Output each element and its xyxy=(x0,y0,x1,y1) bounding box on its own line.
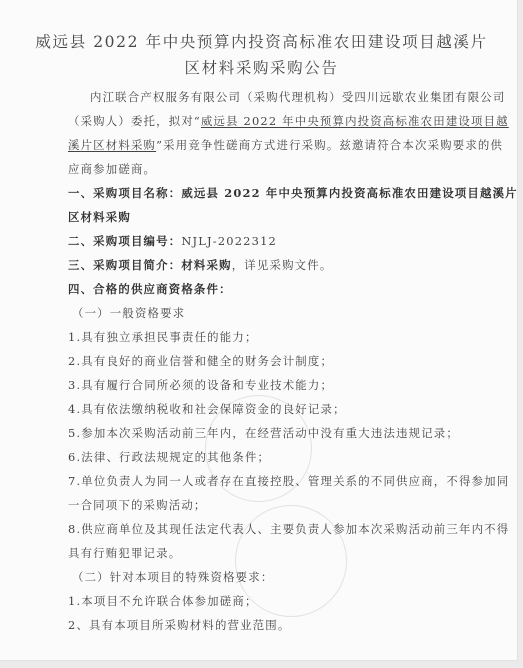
section-4-label: 四、合格的供应商资格条件： xyxy=(68,281,232,297)
project-number: NJLJ-2022312 xyxy=(181,234,277,248)
special-requirement-item: 1.本项目不允许联合体参加磋商； xyxy=(68,593,258,609)
requirement-item: 5.参加本次采购活动前三年内，在经营活动中没有重大违法违规记录； xyxy=(68,425,459,441)
section-3: 三、采购项目简介：材料采购，详见采购文件。 xyxy=(68,257,332,273)
section-2-label: 二、采购项目编号： xyxy=(68,234,181,248)
requirement-item: 4.具有依法缴纳税收和社会保障资金的良好记录； xyxy=(68,401,346,417)
requirement-item: 2.具有良好的商业信誉和健全的财务会计制度； xyxy=(68,353,333,369)
document-page: 威远县 2022 年中央预算内投资高标准农田建设项目越溪片 区材料采购采购公告 … xyxy=(0,0,518,661)
special-requirements-heading: （二）针对本项目的特殊资格要求： xyxy=(72,569,273,585)
section-1-value: 威远县 2022 年中央预算内投资高标准农田建设项目越溪片 xyxy=(181,186,517,200)
special-requirement-item: 2、具有本项目所采购材料的营业范围。 xyxy=(68,617,291,633)
intro-line-3: 溪片区材料采购”采用竞争性磋商方式进行采购。兹邀请符合本次采购要求的供 xyxy=(68,137,503,153)
document-title-line2: 区材料采购采购公告 xyxy=(0,56,523,78)
project-name-underlined: 威远县 2022 年中央预算内投资高标准农田建设项目越 xyxy=(201,114,509,128)
intro-line-1: 内江联合产权服务有限公司（采购代理机构）受四川远歇农业集团有限公司 xyxy=(90,89,506,105)
section-1: 一、采购项目名称：威远县 2022 年中央预算内投资高标准农田建设项目越溪片 xyxy=(68,185,518,201)
requirement-item: 3.具有履行合同所必须的设备和专业技术能力； xyxy=(68,377,333,393)
requirement-item-cont: 一合同项下的采购活动； xyxy=(68,497,207,513)
document-title-line1: 威远县 2022 年中央预算内投资高标准农田建设项目越溪片 xyxy=(0,30,523,52)
section-3-value: 材料采购 xyxy=(181,258,231,272)
intro-text: ”采用竞争性磋商方式进行采购。兹邀请符合本次采购要求的供 xyxy=(156,138,503,152)
section-3-label: 三、采购项目简介： xyxy=(68,258,181,272)
project-name-underlined: 溪片区材料采购 xyxy=(68,138,156,152)
section-3-rest: ，详见采购文件。 xyxy=(232,258,333,272)
intro-text: （采购人）委托，拟对“ xyxy=(68,114,201,128)
requirement-item: 1.具有独立承担民事责任的能力； xyxy=(68,329,258,345)
requirement-item: 8.供应商单位及其现任法定代表人、主要负责人参加本次采购活动前三年内不得 xyxy=(68,521,509,537)
section-1-label: 一、采购项目名称： xyxy=(68,186,181,200)
section-1-value-cont: 区材料采购 xyxy=(68,209,131,225)
general-requirements-heading: （一）一般资格要求 xyxy=(72,305,185,321)
intro-line-2: （采购人）委托，拟对“威远县 2022 年中央预算内投资高标准农田建设项目越 xyxy=(68,113,509,129)
requirement-item: 6.法律、行政法规规定的其他条件； xyxy=(68,449,270,465)
requirement-item-cont: 具有行贿犯罪记录。 xyxy=(68,545,181,561)
intro-line-4: 应商参加磋商。 xyxy=(68,161,156,177)
section-2: 二、采购项目编号：NJLJ-2022312 xyxy=(68,233,277,249)
requirement-item: 7.单位负责人为同一人或者存在直接控股、管理关系的不同供应商，不得参加同 xyxy=(68,473,509,489)
